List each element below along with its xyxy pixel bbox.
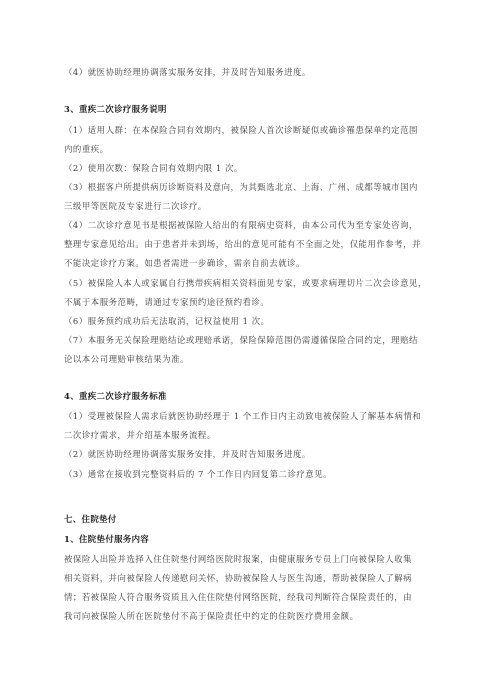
paragraph-line: （2）使用次数：保险合同有效期内限 1 次。: [64, 162, 243, 174]
section-heading-4: 4、重疾二次诊疗服务标准: [64, 390, 167, 402]
paragraph-line: 被保险人出险并选择入住住院垫付网络医院时报案，由健康服务专员上门向被保险人收集: [64, 553, 412, 565]
paragraph-line: 二次诊疗需求，并介绍基本服务流程。: [64, 429, 216, 441]
paragraph-line: 不能决定诊疗方案。如患者需进一步确诊，需亲自前去就诊。: [64, 257, 305, 269]
chapter-heading-7: 七、住院垫付: [64, 513, 117, 525]
paragraph-line: 相关资料，并向被保险人传递慰问关怀，协助被保险人与医生沟通，帮助被保险人了解病: [64, 572, 412, 584]
paragraph-line: （4）二次诊疗意见书是根据被保险人给出的有限病史资料，由本公司代为至专家处咨询，: [64, 219, 418, 231]
section-heading-1: 1、住院垫付服务内容: [64, 533, 149, 545]
paragraph-line: 整理专家意见给出。由于患者并未到场，给出的意见可能有不全面之处，仅能用作参考，并: [64, 238, 421, 250]
paragraph-line: （4）就医协助经理协调落实服务安排，并及时告知服务进度。: [64, 66, 311, 78]
section-heading-3: 3、重疾二次诊疗服务说明: [64, 103, 167, 115]
paragraph-line: （5）被保险人本人或家属自行携带疾病相关资料面见专家，或要求病理切片二次会诊意见…: [64, 277, 427, 289]
paragraph-line: 情；若被保险人符合服务资质且入住住院垫付网络医院，经我司判断符合保险责任的，由: [64, 591, 412, 603]
paragraph-line: （6）服务预约成功后无法取消，记权益使用 1 次。: [64, 315, 270, 327]
paragraph-line: （3）根据客户所提供病历诊断资料及意向，为其甄选北京、上海、广州、成都等城市国内: [64, 181, 418, 193]
paragraph-line: （3）通常在接收到完整资料后的 7 个工作日内回复第二诊疗意见。: [64, 468, 332, 480]
paragraph-line: （1）适用人群：在本保险合同有效期内，被保险人首次诊断疑似或确诊罹患保单约定范围: [64, 124, 418, 136]
paragraph-line: （7）本服务无关保险理赔结论或理赔承诺，保险保障范围仍需遵循保险合同约定，理赔结: [64, 334, 418, 346]
paragraph-line: （1）受理被保险人需求后就医协助经理于 1 个工作日内主动致电被保险人了解基本病…: [64, 410, 421, 422]
paragraph-line: （2）就医协助经理协调落实服务安排，并及时告知服务进度。: [64, 448, 311, 460]
paragraph-line: 内的重疾。: [64, 143, 109, 155]
paragraph-line: 不属于本服务范畴，请通过专家预约途径预约看诊。: [64, 296, 269, 308]
paragraph-line: 论以本公司理赔审核结果为准。: [64, 353, 189, 365]
paragraph-line: 三级甲等医院及专家进行二次诊疗。: [64, 200, 207, 212]
paragraph-line: 我司向被保险人所在医院垫付不高于保险责任中约定的住院医疗费用金额。: [64, 610, 359, 622]
